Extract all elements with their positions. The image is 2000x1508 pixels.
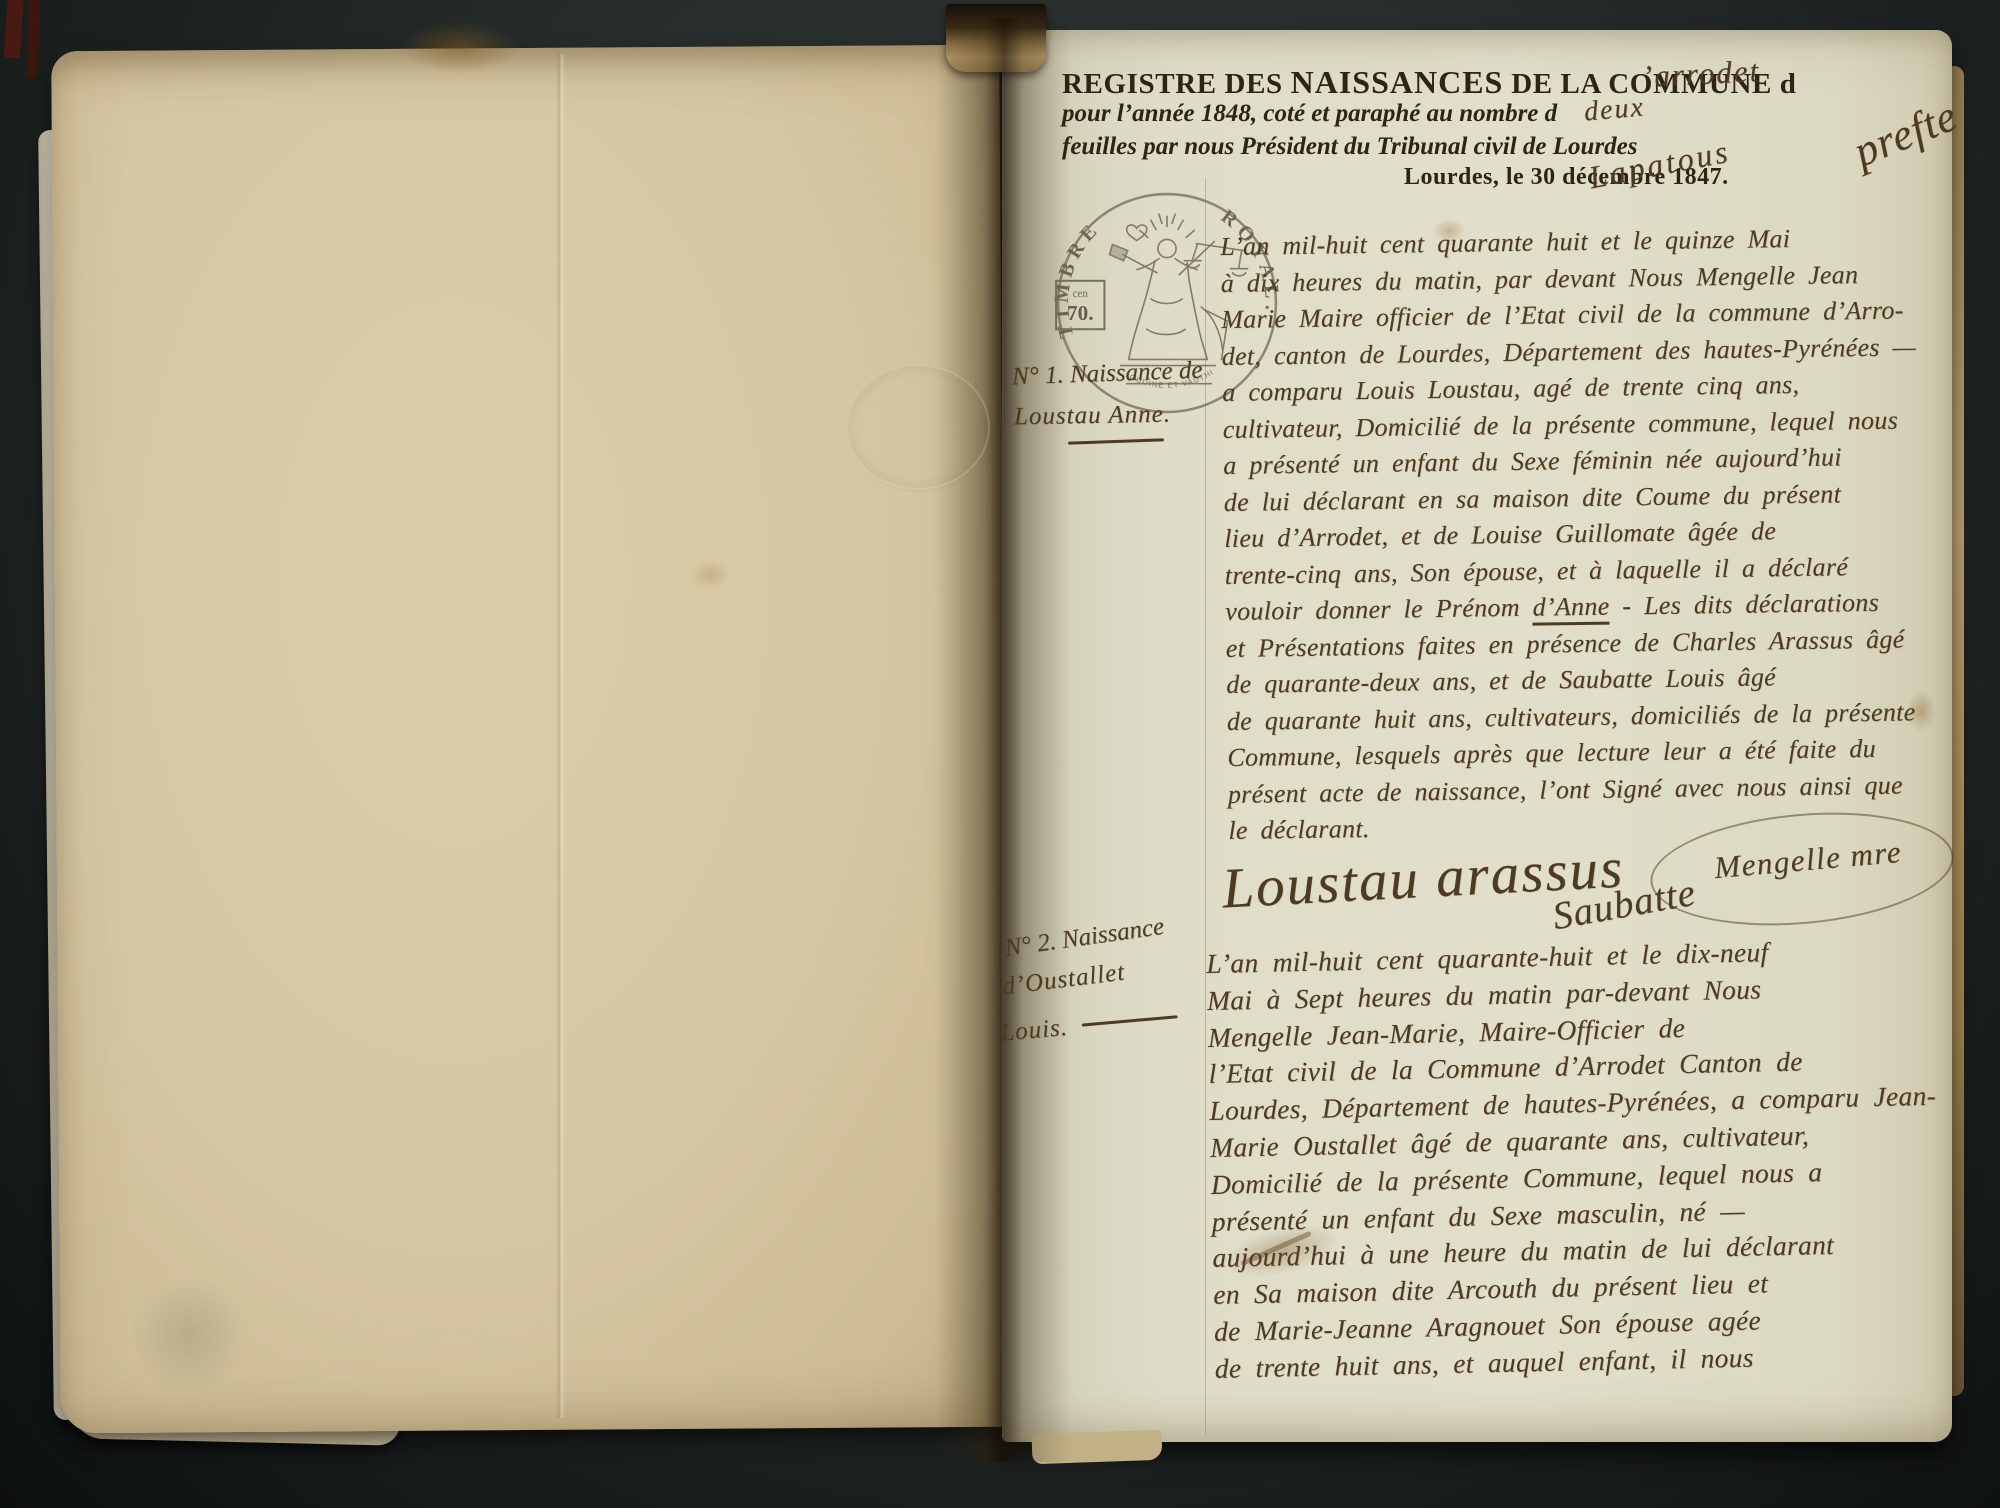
act-line-segment: vouloir donner le Prénom	[1225, 593, 1533, 626]
red-edge-mark	[26, 0, 40, 78]
title-segment: REGISTRE DES	[1062, 68, 1291, 100]
header-year-line: pour l’année 1848, coté et paraphé au no…	[1062, 100, 1557, 128]
margin-note-1-line2: Loustau Anne.	[1014, 401, 1171, 432]
embossed-blind-seal	[846, 364, 990, 490]
bottom-under-page-sliver	[1032, 1430, 1163, 1465]
stamp-denomination-unit: cen	[1073, 288, 1089, 300]
flourish-dash	[1082, 1015, 1178, 1026]
margin-note-2-name: Louis.	[999, 1014, 1069, 1047]
birth-act-2: L’an mil-huit cent quarante-huit et le d…	[1206, 933, 1942, 1390]
header-feuilles-line: feuilles par nous Président du Tribunal …	[1062, 133, 1638, 161]
child-name-anne: d’Anne	[1532, 592, 1609, 626]
spine-binding-tab	[946, 4, 1046, 72]
scanned-birth-register-spread: REGISTRE DES NAISSANCES DE LA COMMUNE d …	[0, 0, 2000, 1508]
paper-smudge	[130, 1270, 250, 1400]
sheet-count-handwritten: deux	[1583, 91, 1646, 128]
left-page-crease	[556, 54, 565, 1418]
left-blank-page	[51, 45, 1009, 1434]
birth-act-1: L’an mil-huit cent quarante huit et le q…	[1220, 222, 1923, 852]
stamp-denomination-value: 70.	[1067, 301, 1093, 325]
commune-name-handwritten: ’arrodet	[1641, 53, 1761, 95]
title-segment-naissances: NAISSANCES	[1291, 64, 1504, 100]
act-line-segment: - Les dits déclarations	[1609, 588, 1879, 621]
red-edge-mark	[4, 0, 25, 58]
